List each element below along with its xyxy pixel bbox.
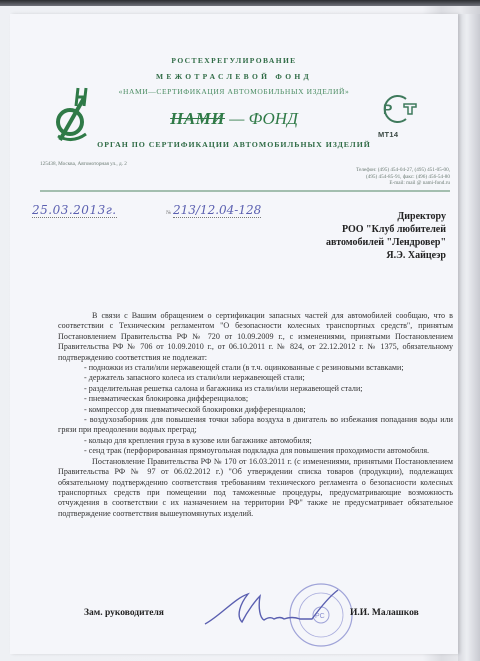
page-fold-edge	[458, 14, 480, 661]
list-item: - воздухозаборник для повышения точки за…	[58, 415, 453, 436]
signer-name: И.И. Малашков	[350, 608, 419, 618]
letter-page: РОСТЕХРЕГУЛИРОВАНИЕ МЕЖОТРАСЛЕВОЙ ФОНД «…	[10, 14, 458, 654]
brand-name: НАМИ	[170, 109, 225, 128]
list-item: - кольцо для крепления груза в кузове ил…	[58, 436, 453, 446]
addressee-block: Директору РОО "Клуб любителей автомобиле…	[210, 210, 446, 262]
brand-suffix: — ФОНД	[225, 109, 298, 128]
letterhead-divider	[40, 190, 450, 192]
letterhead-contacts: Телефон: (495) 454-04-27, (495) 451-05-0…	[280, 167, 450, 187]
list-item: - держатель запасного колеса из стали/ил…	[58, 373, 453, 383]
scan-top-edge	[0, 0, 480, 6]
addressee-line-2: РОО "Клуб любителей	[210, 223, 446, 236]
cert-mark-code: МТ14	[378, 130, 398, 139]
list-item: - пневматическая блокировка дифференциал…	[58, 394, 453, 404]
svg-text:P: P	[383, 101, 392, 117]
letterhead-fund-type: МЕЖОТРАСЛЕВОЙ ФОНД	[10, 72, 458, 81]
list-item: - сенд трак (перфорированная прямоугольн…	[58, 446, 453, 456]
body-conclusion: Постановление Правительства РФ № 170 от …	[58, 457, 453, 519]
body-intro: В связи с Вашим обращением о сертификаци…	[58, 311, 453, 363]
number-label: №	[166, 210, 171, 216]
addressee-line-3: автомобилей "Лендровер"	[210, 236, 446, 249]
list-item: - компрессор для пневматической блокиров…	[58, 405, 453, 415]
list-item: - разделительная решетка салона и багажн…	[58, 384, 453, 394]
letter-date: 25.03.2013г.	[32, 203, 117, 218]
nami-logo-icon	[52, 84, 92, 144]
rst-certification-mark-icon: P	[376, 94, 418, 124]
signature-icon	[200, 586, 340, 631]
addressee-line-4: Я.Э. Хайцеэр	[210, 249, 446, 262]
addressee-line-1: Директору	[210, 210, 446, 223]
letter-body: В связи с Вашим обращением о сертификаци…	[58, 311, 453, 519]
letterhead-address: 125438, Москва, Автомоторная ул., д. 2	[40, 161, 127, 167]
email: E-mail: mail @ nami-fond.ru	[280, 180, 450, 187]
list-item: - подножки из стали/или нержавеющей стал…	[58, 363, 453, 373]
letterhead-agency: РОСТЕХРЕГУЛИРОВАНИЕ	[10, 56, 458, 65]
signer-title: Зам. руководителя	[84, 608, 164, 618]
